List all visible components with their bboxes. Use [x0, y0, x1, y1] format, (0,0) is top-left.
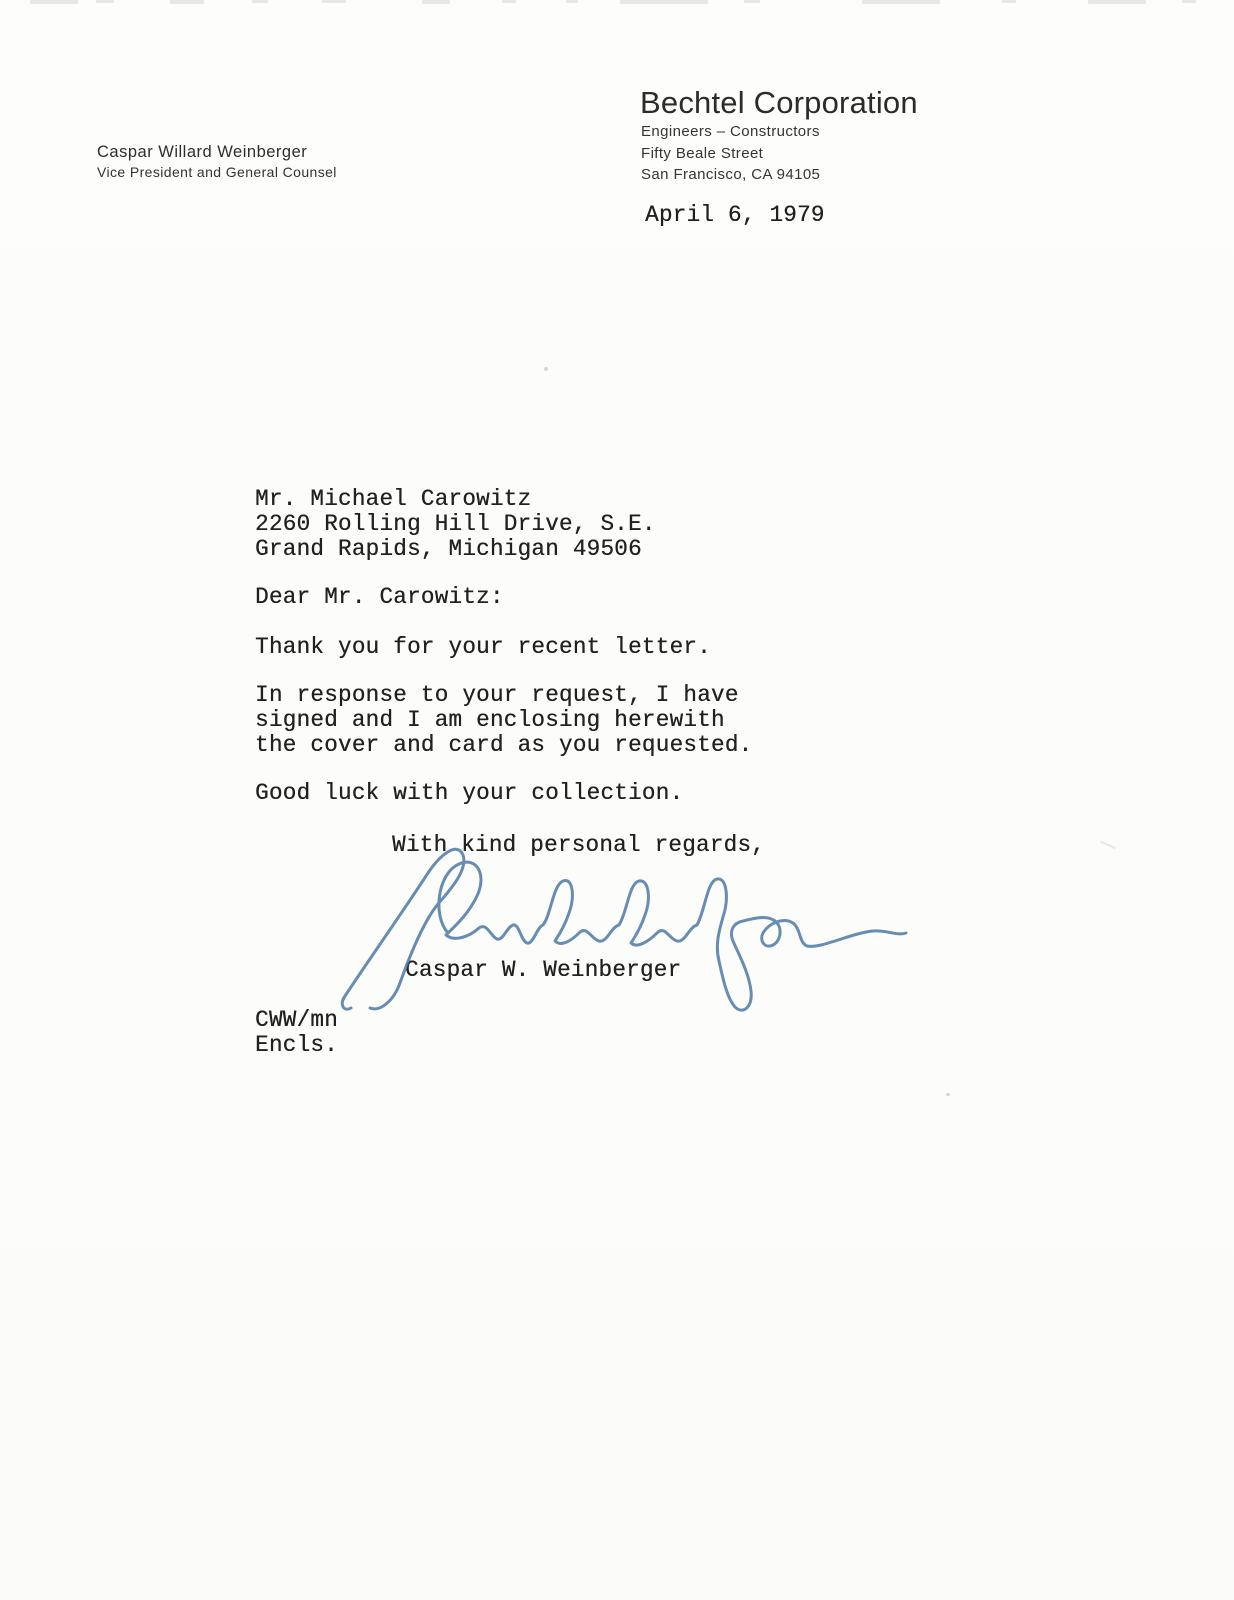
- scan-artifact: [862, 0, 940, 4]
- body-line: Thank you for your recent letter.: [255, 635, 711, 660]
- recipient-name: Mr. Michael Carowitz: [255, 487, 531, 512]
- reference-initials: CWW/mn: [255, 1008, 338, 1033]
- scan-artifact: [566, 0, 578, 3]
- date-line: April 6, 1979: [645, 203, 825, 228]
- salutation: Dear Mr. Carowitz:: [255, 585, 504, 610]
- scan-artifact: [502, 0, 516, 3]
- scan-artifact: [422, 0, 450, 4]
- body-line: Good luck with your collection.: [255, 781, 683, 806]
- company-name: Bechtel Corporation: [640, 86, 918, 120]
- company-city: San Francisco, CA 94105: [641, 164, 820, 185]
- sender-title: Vice President and General Counsel: [97, 164, 337, 180]
- scan-artifact: [30, 0, 78, 4]
- scan-artifact: [1002, 0, 1016, 3]
- letter-page: Caspar Willard Weinberger Vice President…: [0, 0, 1234, 1600]
- body-line: the cover and card as you requested.: [255, 733, 752, 758]
- body-line: In response to your request, I have: [255, 683, 739, 708]
- paper-speck: [544, 367, 548, 371]
- recipient-street: 2260 Rolling Hill Drive, S.E.: [255, 512, 656, 537]
- signature-scrawl: [439, 862, 906, 1010]
- company-street: Fifty Beale Street: [641, 143, 763, 164]
- sender-name: Caspar Willard Weinberger: [97, 143, 307, 162]
- scan-artifact: [1088, 0, 1146, 4]
- paper-scratch: [1100, 841, 1115, 849]
- recipient-city: Grand Rapids, Michigan 49506: [255, 537, 642, 562]
- signature: [330, 815, 920, 1030]
- scan-artifact: [322, 0, 346, 3]
- company-tagline: Engineers – Constructors: [641, 121, 820, 142]
- scan-artifact: [620, 0, 708, 4]
- scan-artifact: [252, 0, 268, 3]
- scan-artifact: [96, 0, 114, 3]
- paper-speck: [946, 1093, 950, 1096]
- enclosure-note: Encls.: [255, 1033, 338, 1058]
- body-line: signed and I am enclosing herewith: [255, 708, 725, 733]
- scan-artifact: [744, 0, 760, 3]
- scan-artifact: [170, 0, 204, 4]
- scan-artifact: [1182, 0, 1196, 3]
